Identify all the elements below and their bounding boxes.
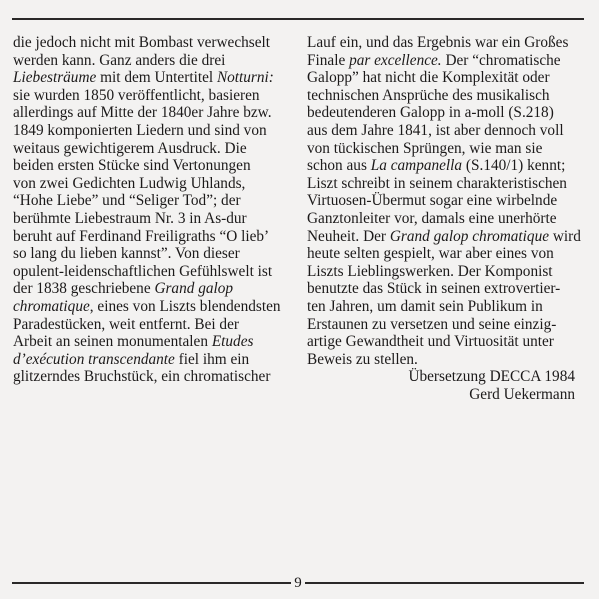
text-line: weitaus gewichtigerem Ausdruck. Die <box>13 140 293 158</box>
text-segment: Der “chromatische <box>442 52 561 69</box>
italic-title: Notturni: <box>217 69 274 86</box>
text-segment: Lauf ein, und das Ergebnis war ein Große… <box>307 34 568 51</box>
text-segment: von zwei Gedichten Ludwig Uhlands, <box>13 175 245 192</box>
text-line: opulent-leidenschaftlichen Gefühlswelt i… <box>13 263 293 281</box>
text-segment: Liszts Lieblingswerken. Der Komponist <box>307 263 553 280</box>
right-text-column: Lauf ein, und das Ergebnis war ein Große… <box>307 34 587 403</box>
italic-title: chromatique <box>13 298 90 315</box>
text-segment: benutzte das Stück in seinen extrovertie… <box>307 280 560 297</box>
text-line: die jedoch nicht mit Bombast verwechselt <box>13 34 293 52</box>
text-segment: Galopp” hat nicht die Komplexität oder <box>307 69 550 86</box>
text-line: benutzte das Stück in seinen extrovertie… <box>307 280 587 298</box>
text-segment: beruht auf Ferdinand Freiligraths “O lie… <box>13 228 269 245</box>
text-line: Galopp” hat nicht die Komplexität oder <box>307 69 587 87</box>
footer-rule-right <box>305 582 584 584</box>
text-segment: 1849 komponierten Liedern und sind von <box>13 122 267 139</box>
text-segment: fiel ihm ein <box>175 351 249 368</box>
left-text-column: die jedoch nicht mit Bombast verwechselt… <box>13 34 293 386</box>
text-line: Beweis zu stellen. <box>307 351 587 369</box>
text-line: Neuheit. Der Grand galop chromatique wir… <box>307 228 587 246</box>
text-segment: mit dem Untertitel <box>96 69 217 86</box>
text-segment: weitaus gewichtigerem Ausdruck. Die <box>13 140 247 157</box>
italic-title: Grand galop <box>154 280 233 297</box>
text-line: Ganztonleiter vor, damals eine unerhörte <box>307 210 587 228</box>
text-segment: , eines von Liszts blendendsten <box>90 298 281 315</box>
text-segment: Finale <box>307 52 349 69</box>
top-rule <box>12 18 584 20</box>
text-segment: werden kann. Ganz anders die drei <box>13 52 225 69</box>
text-segment: von tückischen Sprüngen, wie man sie <box>307 140 542 157</box>
text-line: heute selten gespielt, war aber eines vo… <box>307 245 587 263</box>
text-segment: schon aus <box>307 157 371 174</box>
text-segment: ten Jahren, um damit sein Publikum in <box>307 298 543 315</box>
text-segment: artige Gewandtheit und Virtuosität unter <box>307 333 554 350</box>
text-line: Liszt schreibt in seinem charakteristisc… <box>307 175 587 193</box>
italic-title: La campanella <box>371 157 462 174</box>
text-segment: Arbeit an seinen monumentalen <box>13 333 212 350</box>
italic-title: Grand galop chromatique <box>390 228 549 245</box>
text-line: aus dem Jahre 1841, ist aber dennoch vol… <box>307 122 587 140</box>
text-segment: Neuheit. Der <box>307 228 390 245</box>
italic-title: Etudes <box>212 333 254 350</box>
text-line: von tückischen Sprüngen, wie man sie <box>307 140 587 158</box>
text-segment: sie wurden 1850 veröffentlicht, basieren <box>13 87 260 104</box>
text-segment: allerdings auf Mitte der 1840er Jahre bz… <box>13 104 272 121</box>
page-number: 9 <box>291 575 305 591</box>
text-segment: heute selten gespielt, war aber eines vo… <box>307 245 554 262</box>
text-segment: Paradestücken, weit entfernt. Bei der <box>13 316 239 333</box>
text-segment: die jedoch nicht mit Bombast verwechselt <box>13 34 270 51</box>
text-line: Arbeit an seinen monumentalen Etudes <box>13 333 293 351</box>
text-line: glitzerndes Bruchstück, ein chromatische… <box>13 368 293 386</box>
italic-title: par excellence. <box>349 52 442 69</box>
text-line: “Hohe Liebe” und “Seliger Tod”; der <box>13 192 293 210</box>
page-footer: 9 <box>12 575 584 591</box>
text-line: werden kann. Ganz anders die drei <box>13 52 293 70</box>
text-segment: “Hohe Liebe” und “Seliger Tod”; der <box>13 192 241 209</box>
text-line: Erstaunen zu versetzen und seine einzig- <box>307 316 587 334</box>
text-line: berühmte Liebestraum Nr. 3 in As-dur <box>13 210 293 228</box>
text-segment: opulent-leidenschaftlichen Gefühlswelt i… <box>13 263 272 280</box>
text-line: Paradestücken, weit entfernt. Bei der <box>13 316 293 334</box>
text-line: so lang du lieben kannst”. Von dieser <box>13 245 293 263</box>
text-segment: glitzerndes Bruchstück, ein chromatische… <box>13 368 270 385</box>
text-segment: beiden ersten Stücke sind Vertonungen <box>13 157 251 174</box>
text-segment: bedeutenderen Galopp in a-moll (S.218) <box>307 104 554 121</box>
text-line: ten Jahren, um damit sein Publikum in <box>307 298 587 316</box>
translation-credit: Übersetzung DECCA 1984 <box>307 368 587 386</box>
text-line: bedeutenderen Galopp in a-moll (S.218) <box>307 104 587 122</box>
text-segment: (S.140/1) kennt; <box>462 157 565 174</box>
right-text-body: Lauf ein, und das Ergebnis war ein Große… <box>307 34 587 368</box>
text-line: schon aus La campanella (S.140/1) kennt; <box>307 157 587 175</box>
text-line: Liszts Lieblingswerken. Der Komponist <box>307 263 587 281</box>
text-segment: Ganztonleiter vor, damals eine unerhörte <box>307 210 557 227</box>
text-line: d’exécution transcendante fiel ihm ein <box>13 351 293 369</box>
text-line: beiden ersten Stücke sind Vertonungen <box>13 157 293 175</box>
text-segment: berühmte Liebestraum Nr. 3 in As-dur <box>13 210 247 227</box>
text-line: sie wurden 1850 veröffentlicht, basieren <box>13 87 293 105</box>
text-segment: der 1838 geschriebene <box>13 280 154 297</box>
text-line: Lauf ein, und das Ergebnis war ein Große… <box>307 34 587 52</box>
text-line: Virtuosen-Übermut sogar eine wirbelnde <box>307 192 587 210</box>
text-line: Finale par excellence. Der “chromatische <box>307 52 587 70</box>
text-segment: Virtuosen-Übermut sogar eine wirbelnde <box>307 192 557 209</box>
translator-name: Gerd Uekermann <box>307 386 587 404</box>
text-line: Liebesträume mit dem Untertitel Notturni… <box>13 69 293 87</box>
text-segment: so lang du lieben kannst”. Von dieser <box>13 245 240 262</box>
text-line: 1849 komponierten Liedern und sind von <box>13 122 293 140</box>
text-line: allerdings auf Mitte der 1840er Jahre bz… <box>13 104 293 122</box>
text-segment: Liszt schreibt in seinem charakteristisc… <box>307 175 567 192</box>
text-segment: aus dem Jahre 1841, ist aber dennoch vol… <box>307 122 564 139</box>
footer-rule-left <box>12 582 291 584</box>
text-line: artige Gewandtheit und Virtuosität unter <box>307 333 587 351</box>
text-segment: Beweis zu stellen. <box>307 351 418 368</box>
text-segment: wird <box>549 228 581 245</box>
text-line: beruht auf Ferdinand Freiligraths “O lie… <box>13 228 293 246</box>
italic-title: Liebesträume <box>13 69 96 86</box>
text-line: chromatique, eines von Liszts blendendst… <box>13 298 293 316</box>
text-line: der 1838 geschriebene Grand galop <box>13 280 293 298</box>
italic-title: d’exécution transcendante <box>13 351 175 368</box>
text-line: von zwei Gedichten Ludwig Uhlands, <box>13 175 293 193</box>
text-segment: Erstaunen zu versetzen und seine einzig- <box>307 316 556 333</box>
text-line: technischen Ansprüche des musikalisch <box>307 87 587 105</box>
text-segment: technischen Ansprüche des musikalisch <box>307 87 550 104</box>
